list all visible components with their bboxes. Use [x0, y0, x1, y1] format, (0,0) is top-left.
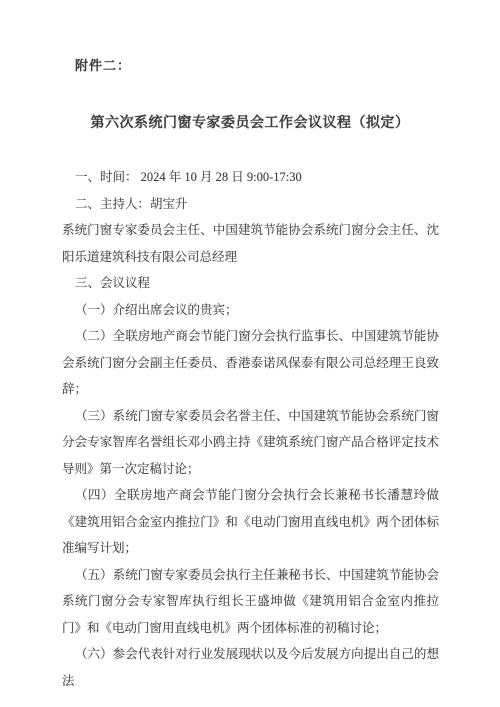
document-page: 附件二： 第六次系统门窗专家委员会工作会议议程（拟定） 一、时间： 2024 年… — [0, 0, 500, 707]
document-body: 一、时间： 2024 年 10 月 28 日 9:00-17:30 二、主持人：… — [62, 164, 439, 694]
paragraph-agenda-item-1: （一）介绍出席会议的贵宾； — [62, 297, 439, 324]
paragraph-agenda-heading: 三、会议议程 — [62, 270, 439, 297]
paragraph-host: 二、主持人：胡宝升 — [62, 191, 439, 218]
page-number: 5 — [0, 649, 500, 659]
paragraph-time: 一、时间： 2024 年 10 月 28 日 9:00-17:30 — [62, 164, 439, 191]
paragraph-agenda-item-4: （四）全联房地产商会节能门窗分会执行会长兼秘书长潘慧玲做《建筑用铝合金室内推拉门… — [62, 482, 439, 562]
attachment-label: 附件二： — [75, 55, 131, 74]
paragraph-agenda-item-3: （三）系统门窗专家委员会名誉主任、中国建筑节能协会系统门窗分会专家智库名誉组长邓… — [62, 403, 439, 483]
paragraph-agenda-item-5: （五）系统门窗专家委员会执行主任兼秘书长、中国建筑节能协会系统门窗分会专家智库执… — [62, 562, 439, 642]
paragraph-host-titles: 系统门窗专家委员会主任、中国建筑节能协会系统门窗分会主任、沈阳乐道建筑科技有限公… — [62, 217, 439, 270]
paragraph-agenda-item-2: （二）全联房地产商会节能门窗分会执行监事长、中国建筑节能协会系统门窗分会副主任委… — [62, 323, 439, 403]
document-title: 第六次系统门窗专家委员会工作会议议程（拟定） — [0, 112, 500, 132]
